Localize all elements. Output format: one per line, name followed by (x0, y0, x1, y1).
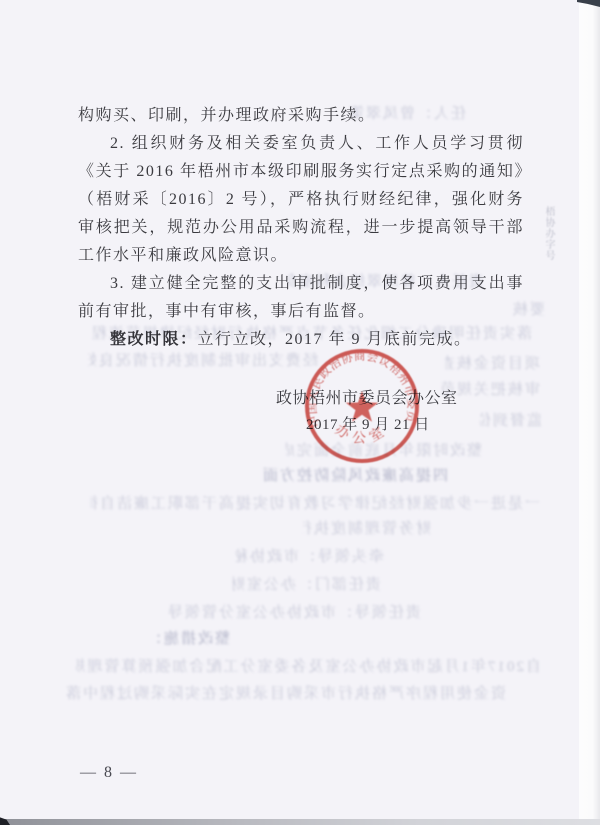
bleed-line: 牵头领导：市政协秘书长 (236, 547, 384, 567)
scanned-document-page: 任人：曾凤翠策划 责任人：曾凤翠综合科室负责 要核 落实责任明确分工细化任务节点… (0, 0, 600, 825)
official-seal: 中国人民政治协商会议梧州市委员会 办公室 (300, 344, 424, 468)
bleed-line: 一是进一步加强财经纪律学习教育切实提高干部职工廉洁自律意识和防范 (90, 494, 540, 514)
bleed-vertical-note: 梧协办字号 (542, 206, 556, 264)
scan-edge-right (579, 0, 600, 825)
seal-bottom-text: 办公室 (332, 421, 392, 447)
bleed-line: 责任部门：办公室财务科 (233, 575, 381, 595)
bleed-line: 四提高廉政风险防控方面 (256, 466, 448, 486)
paragraph-continuation: 构购买、印刷，并办理政府采购手续。 (78, 102, 524, 130)
bleed-line: 项目资金核查 (445, 354, 540, 374)
document-body: 构购买、印刷，并办理政府采购手续。 2. 组织财务及相关委室负责人、工作人员学习… (78, 102, 524, 354)
seal-star-icon (346, 391, 378, 422)
page-number: — 8 — (80, 764, 138, 782)
deadline-label: 整改时限： (110, 331, 198, 348)
paragraph-item-2: 2. 组织财务及相关委室负责人、工作人员学习贯彻《关于 2016 年梧州市本级印… (78, 130, 524, 270)
bleed-line: 财务管理制度执行到位 (303, 519, 431, 539)
bleed-line: 经费支出审批制度执行情况良好 (88, 351, 318, 371)
bleed-line: 资金使用程序严格执行市采购目录规定在实际采购过程中落实定点采购 (66, 684, 506, 704)
bleed-line: 自2017年1月起市政协办公室及各委室分工配合加强预算管理规范资金使用审批 (76, 657, 541, 677)
paragraph-item-3: 3. 建立健全完整的支出审批制度，使各项费用支出事前有审批，事中有审核，事后有监… (78, 270, 524, 326)
bleed-line: 监督到位 (480, 411, 542, 431)
scan-edge-bottom (0, 819, 600, 825)
bleed-line: 责任领导：市政协办公室分管领导 (146, 603, 421, 623)
bleed-line: 整改措施： (146, 629, 230, 649)
